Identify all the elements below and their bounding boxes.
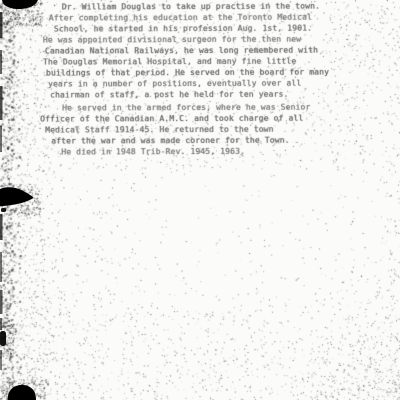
typewritten-line: Canadian National Railways, he was long … [45,46,318,56]
typewritten-text-block: Dr. William Douglas to take up practise … [0,0,400,171]
typewritten-line: Dr. William Douglas to take up practise … [62,2,320,12]
typewritten-line: after the war and was made coroner for t… [51,136,289,146]
typewritten-line: He was appointed divisional surgeon for … [43,35,301,45]
typewritten-line: School, he started in his profession Aug… [54,24,312,34]
ink-blob-mid-left [0,187,34,206]
ink-dot-mid-left [1,208,6,212]
typewritten-line: After completing his education at the To… [49,13,312,23]
ink-blob-bottom-left [8,385,36,400]
typewritten-line: He served in the armed forces, where he … [62,103,310,113]
typewritten-line: He died in 1948 Trib-Rev. 1945, 1963. [61,147,245,157]
typewritten-line: buildings of that period. He served on t… [46,68,329,78]
typewritten-line: years in a number of positions, eventual… [48,79,301,89]
typewritten-line: The Douglas Memorial Hospital, and many … [43,57,296,67]
typewritten-line: Officer of the Canadian A.M.C. and took … [40,114,303,124]
scanned-page: Dr. William Douglas to take up practise … [0,0,400,400]
typewritten-line: Medical Staff 1914-45. He returned to th… [45,125,273,135]
ink-mark-left [0,331,6,346]
typewritten-line: chairman of staff, a post he held for te… [50,90,288,100]
